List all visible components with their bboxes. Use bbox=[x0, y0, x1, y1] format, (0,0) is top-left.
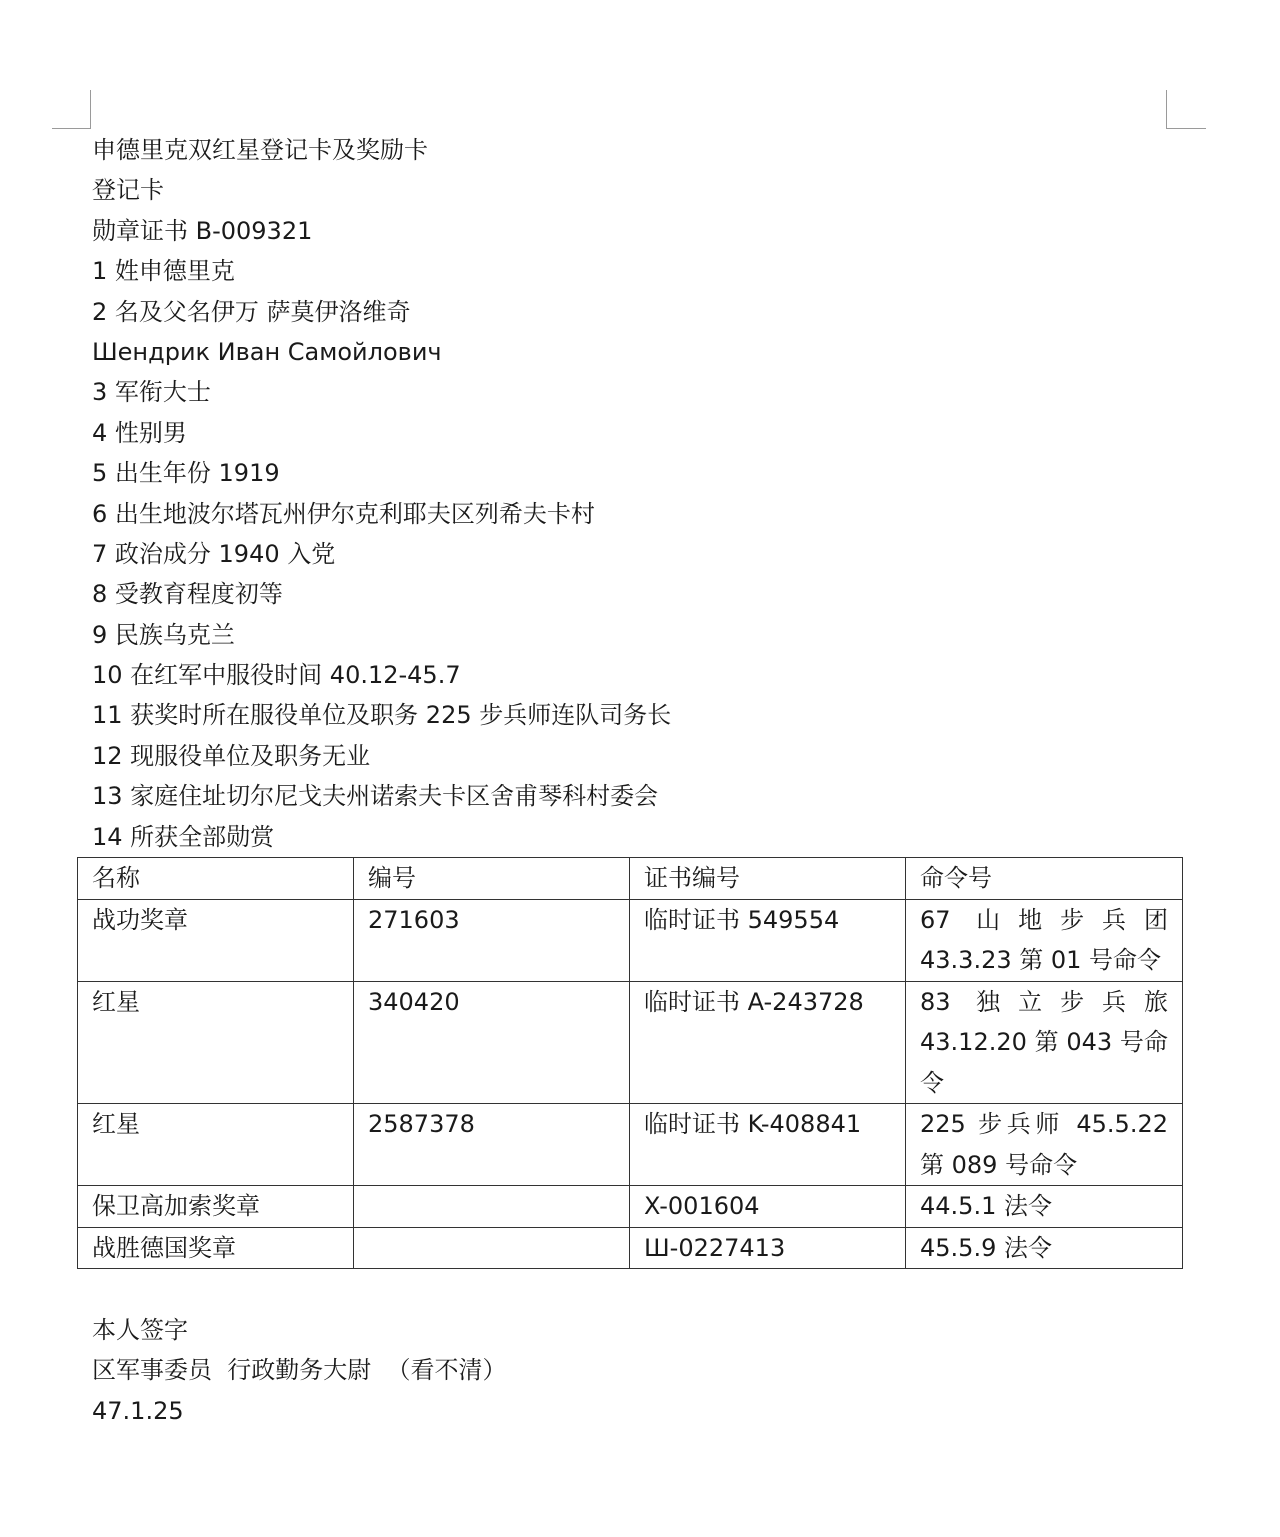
field-nationality: 9 民族乌克兰 bbox=[92, 615, 1182, 655]
table-row: 战功奖章 271603 临时证书 549554 67 山地步兵团 43.3.23… bbox=[78, 899, 1183, 981]
column-header-order: 命令号 bbox=[906, 858, 1183, 900]
field-party: 7 政治成分 1940 入党 bbox=[92, 534, 1182, 574]
signature-label: 本人签字 bbox=[92, 1310, 507, 1350]
award-order: 83 独立步兵旅 43.12.20 第 043 号命令 bbox=[906, 981, 1183, 1104]
field-birth-year: 5 出生年份 1919 bbox=[92, 453, 1182, 493]
award-certificate: Ш-0227413 bbox=[630, 1227, 906, 1269]
award-certificate: 临时证书 549554 bbox=[630, 899, 906, 981]
document-subtitle: 登记卡 bbox=[92, 170, 1182, 210]
award-name: 红星 bbox=[78, 981, 354, 1104]
field-current-unit: 12 现服役单位及职务无业 bbox=[92, 736, 1182, 776]
column-header-name: 名称 bbox=[78, 858, 354, 900]
award-name: 保卫高加索奖章 bbox=[78, 1186, 354, 1228]
award-number: 2587378 bbox=[354, 1104, 630, 1186]
award-order: 225 步兵师 45.5.22 第 089 号命令 bbox=[906, 1104, 1183, 1186]
table-row: 保卫高加索奖章 X-001604 44.5.1 法令 bbox=[78, 1186, 1183, 1228]
table-header-row: 名称 编号 证书编号 命令号 bbox=[78, 858, 1183, 900]
field-unit-at-award: 11 获奖时所在服役单位及职务 225 步兵师连队司务长 bbox=[92, 695, 1182, 735]
table-row: 红星 340420 临时证书 A-243728 83 独立步兵旅 43.12.2… bbox=[78, 981, 1183, 1104]
award-name: 红星 bbox=[78, 1104, 354, 1186]
table-row: 红星 2587378 临时证书 K-408841 225 步兵师 45.5.22… bbox=[78, 1104, 1183, 1186]
award-certificate: 临时证书 K-408841 bbox=[630, 1104, 906, 1186]
column-header-certificate: 证书编号 bbox=[630, 858, 906, 900]
document-body: 申德里克双红星登记卡及奖励卡 登记卡 勋章证书 B-009321 1 姓申德里克… bbox=[92, 130, 1182, 857]
field-all-awards: 14 所获全部勋赏 bbox=[92, 817, 1182, 857]
field-rank: 3 军衔大士 bbox=[92, 372, 1182, 412]
field-surname: 1 姓申德里克 bbox=[92, 251, 1182, 291]
officer-signature: 区军事委员 行政勤务大尉 （看不清） bbox=[92, 1350, 507, 1390]
award-number: 271603 bbox=[354, 899, 630, 981]
award-certificate: 临时证书 A-243728 bbox=[630, 981, 906, 1104]
award-name: 战胜德国奖章 bbox=[78, 1227, 354, 1269]
award-number bbox=[354, 1186, 630, 1228]
page-corner-mark-top-left bbox=[52, 90, 91, 129]
award-order: 67 山地步兵团 43.3.23 第 01 号命令 bbox=[906, 899, 1183, 981]
column-header-number: 编号 bbox=[354, 858, 630, 900]
field-birthplace: 6 出生地波尔塔瓦州伊尔克利耶夫区列希夫卡村 bbox=[92, 494, 1182, 534]
table-row: 战胜德国奖章 Ш-0227413 45.5.9 法令 bbox=[78, 1227, 1183, 1269]
field-education: 8 受教育程度初等 bbox=[92, 574, 1182, 614]
document-title: 申德里克双红星登记卡及奖励卡 bbox=[92, 130, 1182, 170]
certificate-number: 勋章证书 B-009321 bbox=[92, 211, 1182, 251]
award-order: 45.5.9 法令 bbox=[906, 1227, 1183, 1269]
awards-table: 名称 编号 证书编号 命令号 战功奖章 271603 临时证书 549554 6… bbox=[77, 857, 1183, 1269]
field-name-patronymic: 2 名及父名伊万 萨莫伊洛维奇 bbox=[92, 292, 1182, 332]
field-home-address: 13 家庭住址切尔尼戈夫州诺索夫卡区舍甫琴科村委会 bbox=[92, 776, 1182, 816]
signature-date: 47.1.25 bbox=[92, 1391, 507, 1431]
field-gender: 4 性别男 bbox=[92, 413, 1182, 453]
award-name: 战功奖章 bbox=[78, 899, 354, 981]
field-service-period: 10 在红军中服役时间 40.12-45.7 bbox=[92, 655, 1182, 695]
award-number bbox=[354, 1227, 630, 1269]
field-name-russian: Шендрик Иван Самойлович bbox=[92, 332, 1182, 372]
award-number: 340420 bbox=[354, 981, 630, 1104]
document-footer: 本人签字 区军事委员 行政勤务大尉 （看不清） 47.1.25 bbox=[92, 1310, 507, 1431]
award-certificate: X-001604 bbox=[630, 1186, 906, 1228]
page-corner-mark-top-right bbox=[1166, 90, 1206, 129]
award-order: 44.5.1 法令 bbox=[906, 1186, 1183, 1228]
